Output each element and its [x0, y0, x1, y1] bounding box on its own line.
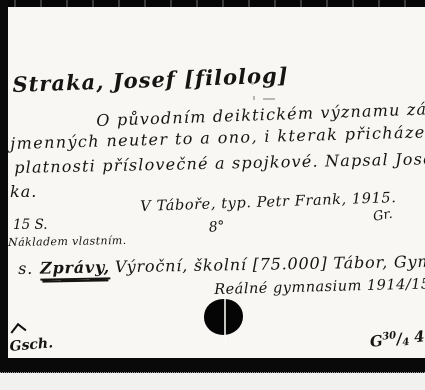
reference-prefix: s. — [18, 259, 33, 278]
pencil-smudge — [263, 98, 275, 100]
hole-punch — [204, 299, 243, 335]
call-number-numerator: 30 — [382, 330, 397, 342]
scan-edge-top — [0, 0, 425, 7]
call-number-denominator: 4 — [402, 337, 410, 349]
reference-series-underlined: Zprávy, — [40, 257, 110, 280]
call-number-year: 43 — [413, 326, 425, 346]
pagination-note: 15 S. — [13, 217, 48, 233]
format-note: 8° — [208, 218, 226, 236]
scan-edge-bottom — [0, 358, 425, 373]
publisher-note: Nákladem vlastním. — [8, 234, 127, 249]
pencil-smudge — [253, 96, 255, 100]
pencil-smudge — [251, 82, 254, 85]
title-line-4: ka. — [10, 182, 37, 201]
scan-background-bottom — [0, 373, 425, 390]
hole-punch-crease — [224, 299, 226, 335]
scan-edge-left — [0, 0, 8, 366]
catalog-card-scan: Straka, Josef [filolog] O původním deikt… — [0, 0, 425, 390]
